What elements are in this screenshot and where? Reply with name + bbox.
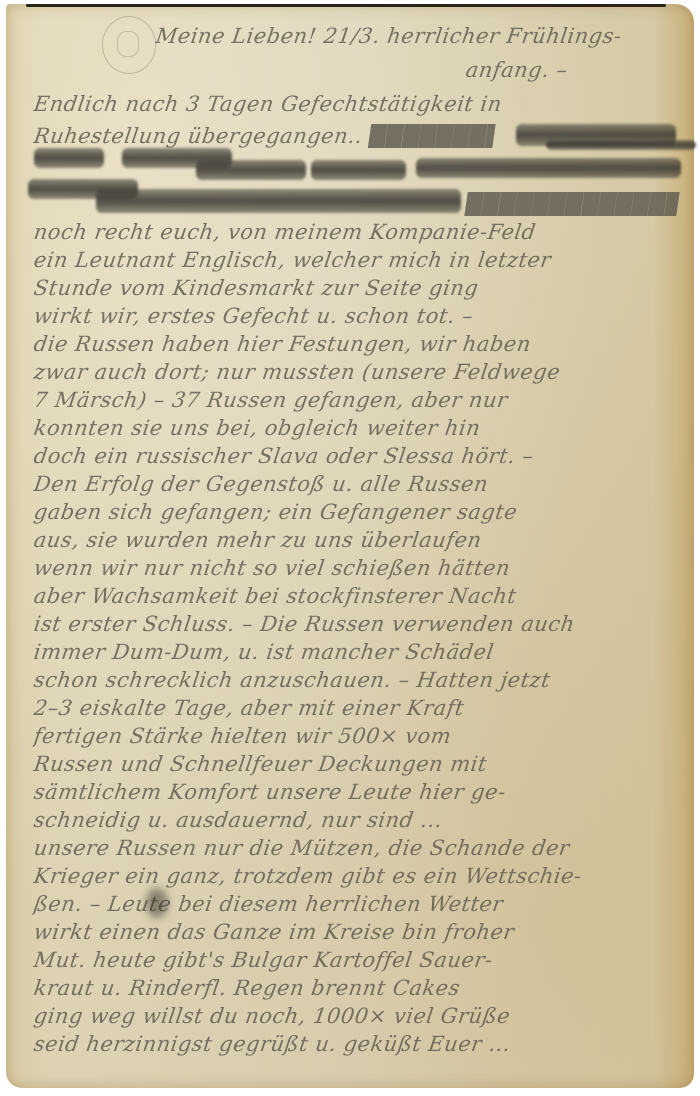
text-line: 7 Märsch) – 37 Russen gefangen, aber nur: [32, 388, 679, 412]
censor-bar: [96, 189, 461, 213]
censor-bar: [546, 140, 696, 150]
card-top-edge: [26, 4, 666, 7]
censor-stamp-icon: [102, 16, 156, 74]
text-line: immer Dum-Dum, u. ist mancher Schädel: [32, 640, 679, 664]
text-line: die Russen haben hier Festungen, wir hab…: [32, 332, 679, 356]
text-line: unsere Russen nur die Mützen, die Schand…: [32, 836, 679, 860]
text-line: fertigen Stärke hielten wir 500× vom: [32, 724, 679, 748]
text-line: Stunde vom Kindesmarkt zur Seite ging: [32, 276, 679, 300]
censor-bar: [34, 148, 104, 168]
text-line: ist erster Schluss. – Die Russen verwend…: [32, 612, 679, 636]
censor-bar: [416, 158, 681, 178]
stamp-emblem-icon: [117, 31, 139, 57]
text-line: sämtlichem Komfort unsere Leute hier ge-: [32, 780, 679, 804]
text-line: 2–3 eiskalte Tage, aber mit einer Kraft: [32, 696, 679, 720]
text-line: wenn wir nur nicht so viel schießen hätt…: [32, 556, 679, 580]
text-line: ein Leutnant Englisch, welcher mich in l…: [32, 248, 679, 272]
text-line: kraut u. Rinderfl. Regen brennt Cakes: [32, 976, 679, 1000]
ink-smudge: [146, 888, 168, 918]
postcard: Meine Lieben! 21/3. herrlicher Frühlings…: [6, 4, 694, 1088]
text-line: gaben sich gefangen; ein Gefangener sagt…: [32, 500, 679, 524]
text-line: doch ein russischer Slava oder Slessa hö…: [32, 444, 679, 468]
text-line: aus, sie wurden mehr zu uns überlaufen: [32, 528, 679, 552]
text-line: Ruhestellung übergegangen.. ████████: [32, 124, 495, 148]
censor-bar: [311, 160, 406, 180]
text-line: ██████████████████████████████ ..., Sorg…: [464, 192, 679, 216]
text-line: wirkt einen das Ganze im Kreise bin froh…: [32, 920, 679, 944]
text-line: Endlich nach 3 Tagen Gefechtstätigkeit i…: [32, 92, 679, 116]
text-line: seid herzinnigst gegrüßt u. geküßt Euer …: [32, 1032, 679, 1056]
text-line: anfang. –: [464, 58, 679, 82]
text-line: Russen und Schnellfeuer Deckungen mit: [32, 752, 679, 776]
text-line: konnten sie uns bei, obgleich weiter hin: [32, 416, 679, 440]
text-line: zwar auch dort; nur mussten (unsere Feld…: [32, 360, 679, 384]
text-line: Krieger ein ganz, trotzdem gibt es ein W…: [32, 864, 679, 888]
text-line: noch recht euch, von meinem Kompanie-Fel…: [32, 220, 679, 244]
censor-bar: [196, 160, 306, 180]
text-line: aber Wachsamkeit bei stockfinsterer Nach…: [32, 584, 679, 608]
text-line: ging weg willst du noch, 1000× viel Grüß…: [32, 1004, 679, 1028]
text-line: schon schrecklich anzuschauen. – Hatten …: [32, 668, 679, 692]
text-line: schneidig u. ausdauernd, nur sind ...: [32, 808, 679, 832]
text-line: Den Erfolg der Gegenstoß u. alle Russen: [32, 472, 679, 496]
text-line: ßen. – Leute bei diesem herrlichen Wette…: [32, 892, 679, 916]
text-line: wirkt wir, erstes Gefecht u. schon tot. …: [32, 304, 679, 328]
text-line: Mut. heute gibt's Bulgar Kartoffel Sauer…: [32, 948, 679, 972]
greeting-line: Meine Lieben! 21/3. herrlicher Frühlings…: [154, 24, 679, 48]
